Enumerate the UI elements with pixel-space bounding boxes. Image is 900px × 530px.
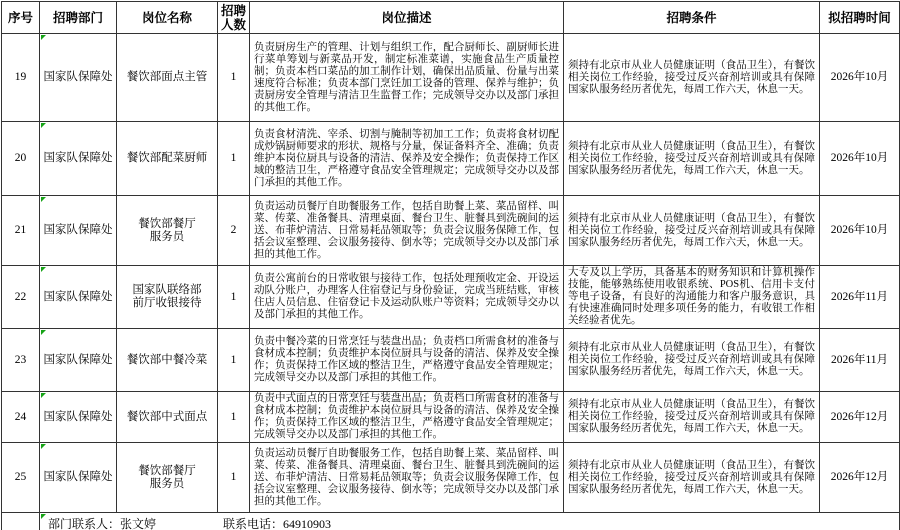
cell-department: 国家队保障处 <box>40 266 117 329</box>
recruitment-table: 序号 招聘部门 岗位名称 招聘人数 岗位描述 招聘条件 拟招聘时间 19国家队保… <box>1 1 900 530</box>
cell-description: 负责公寓前台的日常收银与接待工作，包括处理预收定金、开设运动队分账户，办理客人住… <box>250 266 564 329</box>
cell-time: 2026年10月 <box>820 34 900 122</box>
header-position-name: 岗位名称 <box>117 2 218 34</box>
cell-headcount: 1 <box>218 443 250 513</box>
cell-position-name: 餐饮部中式面点 <box>117 392 218 443</box>
cell-headcount: 1 <box>218 122 250 196</box>
cell-position-name: 餐饮部中餐冷菜 <box>117 329 218 392</box>
table-row: 25国家队保障处餐饮部餐厅 服务员1负责运动员餐厅自助餐服务工作，包括自助餐上菜… <box>2 443 900 513</box>
error-indicator-icon <box>41 123 46 128</box>
cell-position-name: 餐饮部配菜厨师 <box>117 122 218 196</box>
cell-conditions: 大专及以上学历，具备基本的财务知识和计算机操作技能，能够熟练使用收银系统、POS… <box>564 266 820 329</box>
error-indicator-icon <box>41 393 46 398</box>
cell-conditions: 须持有北京市从业人员健康证明（食品卫生），有餐饮相关岗位工作经验，接受过反兴奋剂… <box>564 122 820 196</box>
header-serial: 序号 <box>2 2 40 34</box>
header-department: 招聘部门 <box>40 2 117 34</box>
table-row: 20国家队保障处餐饮部配菜厨师1负责食材清洗、宰杀、切割与腌制等初加工工作；负责… <box>2 122 900 196</box>
department-label: 国家队保障处 <box>44 291 113 303</box>
department-label: 国家队保障处 <box>44 152 113 164</box>
cell-serial: 22 <box>2 266 40 329</box>
cell-description: 负责运动员餐厅自助餐服务工作，包括自助餐上菜、菜品留样、叫菜、传菜、准备餐具、清… <box>250 196 564 266</box>
cell-time: 2026年10月 <box>820 196 900 266</box>
cell-time: 2026年10月 <box>820 122 900 196</box>
cell-department: 国家队保障处 <box>40 34 117 122</box>
cell-description: 负责厨房生产的管理、计划与组织工作，配合厨师长、副厨师长进行菜单筹划与新菜品开发… <box>250 34 564 122</box>
error-indicator-icon <box>41 330 46 335</box>
department-label: 国家队保障处 <box>44 411 113 423</box>
table-row: 21国家队保障处餐饮部餐厅 服务员2负责运动员餐厅自助餐服务工作，包括自助餐上菜… <box>2 196 900 266</box>
header-row: 序号 招聘部门 岗位名称 招聘人数 岗位描述 招聘条件 拟招聘时间 <box>2 2 900 34</box>
cell-department: 国家队保障处 <box>40 329 117 392</box>
cell-time: 2026年11月 <box>820 266 900 329</box>
cell-conditions: 须持有北京市从业人员健康证明（食品卫生），有餐饮相关岗位工作经验，接受过反兴奋剂… <box>564 196 820 266</box>
cell-serial: 21 <box>2 196 40 266</box>
department-label: 国家队保障处 <box>44 354 113 366</box>
department-label: 国家队保障处 <box>44 224 113 236</box>
error-indicator-icon <box>41 444 46 449</box>
cell-time: 2026年12月 <box>820 443 900 513</box>
cell-conditions: 须持有北京市从业人员健康证明（食品卫生），有餐饮相关岗位工作经验，接受过反兴奋剂… <box>564 329 820 392</box>
cell-conditions: 须持有北京市从业人员健康证明（食品卫生），有餐饮相关岗位工作经验，接受过反兴奋剂… <box>564 392 820 443</box>
cell-serial: 19 <box>2 34 40 122</box>
department-label: 国家队保障处 <box>44 471 113 483</box>
cell-time: 2026年12月 <box>820 392 900 443</box>
error-indicator-icon <box>41 197 46 202</box>
table-row: 22国家队保障处国家队联络部 前厅收银接待1负责公寓前台的日常收银与接待工作，包… <box>2 266 900 329</box>
cell-description: 负责中式面点的日常烹饪与装盘出品；负责档口所需食材的准备与食材成本控制；负责维护… <box>250 392 564 443</box>
cell-conditions: 须持有北京市从业人员健康证明（食品卫生），有餐饮相关岗位工作经验，接受过反兴奋剂… <box>564 34 820 122</box>
cell-description: 负责中餐冷菜的日常烹饪与装盘出品；负责档口所需食材的准备与食材成本控制；负责维护… <box>250 329 564 392</box>
cell-serial: 25 <box>2 443 40 513</box>
cell-description: 负责运动员餐厅自助餐服务工作，包括自助餐上菜、菜品留样、叫菜、传菜、准备餐具、清… <box>250 443 564 513</box>
contact-person: 部门联系人：张文婷 <box>48 515 220 530</box>
cell-headcount: 1 <box>218 266 250 329</box>
footer-row: 部门联系人：张文婷 联系电话：64910903 <box>2 513 900 530</box>
cell-conditions: 须持有北京市从业人员健康证明（食品卫生），有餐饮相关岗位工作经验，接受过反兴奋剂… <box>564 443 820 513</box>
department-label: 国家队保障处 <box>44 71 113 83</box>
cell-position-name: 餐饮部餐厅 服务员 <box>117 196 218 266</box>
error-indicator-icon <box>41 514 46 519</box>
cell-headcount: 1 <box>218 34 250 122</box>
error-indicator-icon <box>41 267 46 272</box>
table-row: 24国家队保障处餐饮部中式面点1负责中式面点的日常烹饪与装盘出品；负责档口所需食… <box>2 392 900 443</box>
cell-department: 国家队保障处 <box>40 443 117 513</box>
footer-contact-cell: 部门联系人：张文婷 联系电话：64910903 <box>40 513 900 530</box>
cell-time: 2026年11月 <box>820 329 900 392</box>
cell-headcount: 2 <box>218 196 250 266</box>
cell-description: 负责食材清洗、宰杀、切割与腌制等初加工工作；负责将食材切配成炒锅厨师要求的形状、… <box>250 122 564 196</box>
header-conditions: 招聘条件 <box>564 2 820 34</box>
header-headcount: 招聘人数 <box>218 2 250 34</box>
cell-position-name: 国家队联络部 前厅收银接待 <box>117 266 218 329</box>
error-indicator-icon <box>41 35 46 40</box>
cell-department: 国家队保障处 <box>40 392 117 443</box>
cell-department: 国家队保障处 <box>40 196 117 266</box>
cell-headcount: 1 <box>218 329 250 392</box>
cell-serial: 23 <box>2 329 40 392</box>
cell-serial: 20 <box>2 122 40 196</box>
cell-serial: 24 <box>2 392 40 443</box>
cell-department: 国家队保障处 <box>40 122 117 196</box>
cell-position-name: 餐饮部面点主管 <box>117 34 218 122</box>
cell-headcount: 1 <box>218 392 250 443</box>
header-time: 拟招聘时间 <box>820 2 900 34</box>
table-row: 19国家队保障处餐饮部面点主管1负责厨房生产的管理、计划与组织工作，配合厨师长、… <box>2 34 900 122</box>
contact-phone: 联系电话：64910903 <box>223 517 331 530</box>
header-description: 岗位描述 <box>250 2 564 34</box>
cell-position-name: 餐饮部餐厅 服务员 <box>117 443 218 513</box>
table-row: 23国家队保障处餐饮部中餐冷菜1负责中餐冷菜的日常烹饪与装盘出品；负责档口所需食… <box>2 329 900 392</box>
footer-empty-cell <box>2 513 40 530</box>
